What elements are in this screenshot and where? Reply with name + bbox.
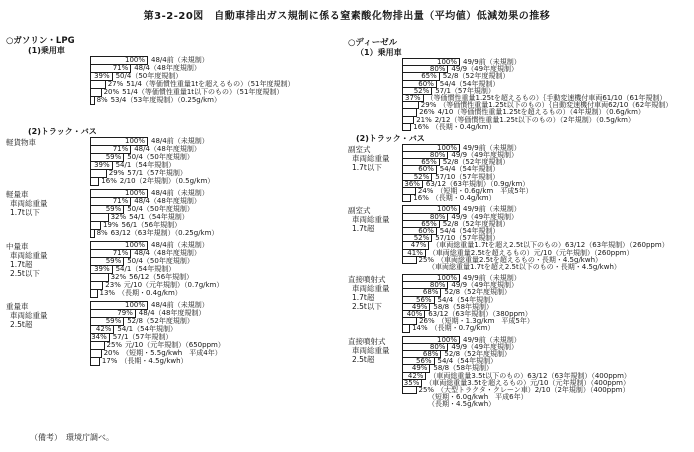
block-label: 軽量車車両総重量1.7t以下 (6, 189, 90, 238)
bar-label: （長期・0.4g/km） (118, 289, 182, 298)
block-label-line: 車両総重量 (6, 251, 90, 260)
block-label: 副室式車両総重量1.7t超 (348, 205, 402, 271)
group-subheading: （1）乗用車 (348, 48, 694, 58)
bar-label: （長期・0.4g/km） (432, 123, 496, 131)
group-subheading: (2)トラック・バス (348, 134, 694, 144)
bar-row: 8%63/12（63年規制）（0.25g/km） (90, 229, 348, 238)
group-subheading: (2)トラック・バス (6, 127, 348, 137)
block-label-line: 車両総重量 (348, 346, 402, 355)
bar-value: 13% (100, 289, 116, 298)
block-label-line: 1.7t以下 (6, 208, 90, 217)
chart-block: 副室式車両総重量1.7t以下100%49/9前（未規制）80%49/9（49年度… (348, 144, 694, 203)
bar-row: 14%（長期・0.7g/km） (402, 324, 694, 332)
bar-value: 16% (101, 177, 117, 186)
bar (90, 289, 98, 298)
block-label (348, 58, 402, 131)
block-label-line: 2.5t超 (6, 320, 90, 329)
bar-label: （長期・4.5g/kwh） (120, 357, 187, 366)
bar (90, 177, 99, 186)
chart-block: 直接噴射式車両総重量1.7t超2.5t以下100%49/9前（未規制）80%49… (348, 274, 694, 333)
block-label: 中量車車両総重量1.7t超2.5t以下 (6, 241, 90, 298)
vehicle-group: (1)乗用車100%48/4前（未規制）71%48/4（48年度規制）39%50… (6, 46, 348, 105)
bar (402, 324, 410, 332)
block-label-line: 1.7t超 (348, 293, 402, 302)
chart-block: 100%48/4前（未規制）71%48/4（48年度規制）39%50/4（50年… (6, 56, 348, 105)
bar (402, 123, 411, 131)
block-label-line: 中量車 (6, 242, 90, 251)
bar-stack: 100%49/9前（未規制）80%49/9（49年度規制）68%52/8（52年… (402, 274, 694, 333)
chart-block: 軽貨物車100%48/4前（未規制）71%48/4（48年度規制）59%50/4… (6, 137, 348, 186)
bar-value: 8% (97, 96, 108, 105)
bar (90, 357, 100, 366)
bar-stack: 100%48/4前（未規制）71%48/4（48年度規制）59%50/4（50年… (90, 137, 348, 186)
bar-row: （長期・4.5g/kwh） (402, 400, 694, 408)
fuel-heading: ○ガソリン・LPG (6, 36, 348, 46)
bar-label: （長期・0.4g/km） (432, 194, 496, 202)
bar-value: 17% (102, 357, 118, 366)
chart-block: 100%49/9前（未規制）80%49/9（49年度規制）65%52/8（52年… (348, 58, 694, 131)
block-label-line: 車両総重量 (348, 284, 402, 293)
block-label (6, 56, 90, 105)
bar (402, 194, 411, 202)
group-subheading: (1)乗用車 (6, 46, 348, 56)
block-label-line: 軽量車 (6, 190, 90, 199)
figure-page: 第3-2-20図 自動車排出ガス規制に係る窒素酸化物排出量（平均値）低減効果の推… (0, 0, 694, 452)
block-label: 重量車車両総重量2.5t超 (6, 301, 90, 366)
block-label: 軽貨物車 (6, 137, 90, 186)
figure-title: 第3-2-20図 自動車排出ガス規制に係る窒素酸化物排出量（平均値）低減効果の推… (0, 7, 694, 22)
bar-row: 17%（長期・4.5g/kwh） (90, 357, 348, 366)
block-label-line: 1.7t以下 (348, 163, 402, 172)
block-label-line: 軽貨物車 (6, 138, 90, 147)
bar-stack: 100%48/4前（未規制）79%48/4（48年度規制）59%52/8（52年… (90, 301, 348, 366)
chart-block: 軽量車車両総重量1.7t以下100%48/4前（未規制）71%48/4（48年度… (6, 189, 348, 238)
bar-label: （長期・4.5g/kwh） (428, 400, 495, 408)
block-label-line: 副室式 (348, 145, 402, 154)
bar (90, 96, 95, 105)
diesel-column: ○ディーゼル（1）乗用車100%49/9前（未規制）80%49/9（49年度規制… (348, 38, 694, 411)
bar-label: 53/4（53年度規制）（0.25g/km） (111, 96, 221, 105)
block-label: 副室式車両総重量1.7t以下 (348, 144, 402, 203)
bar-row: 8%53/4（53年度規制）（0.25g/km） (90, 96, 348, 105)
block-label-line: 車両総重量 (6, 199, 90, 208)
block-label-line: 2.5t超 (348, 355, 402, 364)
fuel-heading: ○ディーゼル (348, 38, 694, 48)
bar-row: 16%（長期・0.4g/km） (402, 123, 694, 131)
bar-stack: 100%48/4前（未規制）71%48/4（48年度規制）39%50/4（50年… (90, 56, 348, 105)
block-label-line: 2.5t以下 (348, 302, 402, 311)
block-label: 直接噴射式車両総重量1.7t超2.5t以下 (348, 274, 402, 333)
bar-row: （車両総重量1.7tを超え2.5t以下のもの・長期・4.5g/kwh） (402, 263, 694, 271)
bar-stack: 100%48/4前（未規制）71%48/4（48年度規制）59%50/4（50年… (90, 189, 348, 238)
bar-label: 2/10（2年規制）（0.5g/km） (120, 177, 214, 186)
bar-row: 16%（長期・0.4g/km） (402, 194, 694, 202)
bar-stack: 100%49/9前（未規制）80%49/9（49年度規制）65%52/8（52年… (402, 58, 694, 131)
block-label: 直接噴射式車両総重量2.5t超 (348, 336, 402, 409)
bar-row: 16%2/10（2年規制）（0.5g/km） (90, 177, 348, 186)
bar-value: 8% (97, 229, 108, 238)
bar-label: （長期・0.7g/km） (431, 324, 495, 332)
chart-block: 直接噴射式車両総重量2.5t超100%49/9前（未規制）80%49/9（49年… (348, 336, 694, 409)
block-label-line: 重量車 (6, 302, 90, 311)
bar-label: （車両総重量1.7tを超え2.5t以下のもの・長期・4.5g/kwh） (428, 263, 621, 271)
bar-row: 13%（長期・0.4g/km） (90, 289, 348, 298)
vehicle-group: (2)トラック・バス軽貨物車100%48/4前（未規制）71%48/4（48年度… (6, 127, 348, 366)
bar-value: 16% (413, 123, 429, 131)
block-label-line: 車両総重量 (6, 311, 90, 320)
vehicle-group: (2)トラック・バス副室式車両総重量1.7t以下100%49/9前（未規制）80… (348, 134, 694, 409)
gasoline-lpg-column: ○ガソリン・LPG(1)乗用車100%48/4前（未規制）71%48/4（48年… (6, 36, 348, 369)
block-label-line: 直接噴射式 (348, 275, 402, 284)
block-label-line: 車両総重量 (348, 154, 402, 163)
vehicle-group: （1）乗用車100%49/9前（未規制）80%49/9（49年度規制）65%52… (348, 48, 694, 131)
bar-stack: 100%48/4前（未規制）71%48/4（48年度規制）59%50/4（50年… (90, 241, 348, 298)
block-label-line: 1.7t超 (6, 260, 90, 269)
bar-stack: 100%49/9前（未規制）80%49/9（49年度規制）65%52/8（52年… (402, 205, 694, 271)
chart-block: 中量車車両総重量1.7t超2.5t以下100%48/4前（未規制）71%48/4… (6, 241, 348, 298)
chart-block: 重量車車両総重量2.5t超100%48/4前（未規制）79%48/4（48年度規… (6, 301, 348, 366)
block-label-line: 1.7t超 (348, 224, 402, 233)
chart-block: 副室式車両総重量1.7t超100%49/9前（未規制）80%49/9（49年度規… (348, 205, 694, 271)
bar-value: 16% (413, 194, 429, 202)
block-label-line: 直接噴射式 (348, 337, 402, 346)
bar-value: 14% (412, 324, 428, 332)
block-label-line: 2.5t以下 (6, 269, 90, 278)
bar (90, 229, 95, 238)
bar-stack: 100%49/9前（未規制）80%49/9（49年度規制）65%52/8（52年… (402, 144, 694, 203)
bar-label: 63/12（63年規制）（0.25g/km） (111, 229, 219, 238)
source-note: （備考） 環境庁調べ。 (30, 432, 114, 443)
bar-stack: 100%49/9前（未規制）80%49/9（49年度規制）68%52/8（52年… (402, 336, 694, 409)
